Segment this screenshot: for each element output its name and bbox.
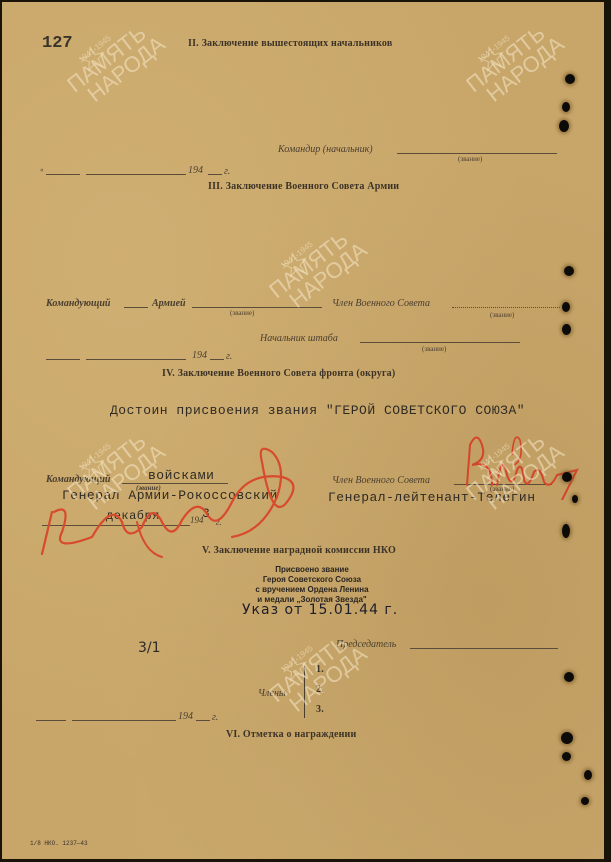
date-suffix-5: г.	[212, 712, 218, 723]
punch-hole	[562, 302, 570, 312]
army-commander-line-a	[124, 307, 148, 308]
star-icon: ☆	[473, 447, 511, 488]
date-year-3: 194	[192, 350, 207, 361]
front-commander-name: Генерал Армии-Рокоссовский	[62, 488, 278, 503]
punch-hole	[564, 266, 574, 276]
section-5-title: V. Заключение наградной комиссии НКО	[202, 545, 396, 556]
punch-hole	[565, 74, 575, 84]
members-label: Члены	[258, 688, 286, 699]
watermark-line2: НАРОДА	[84, 33, 168, 105]
members-brace	[304, 666, 305, 718]
folio-note: 3/1	[138, 640, 161, 656]
stamp-line-3: с вручением Ордена Ленина	[252, 585, 372, 595]
date-year: 194	[188, 165, 203, 176]
punch-hole	[562, 472, 572, 482]
front-council-member-name: Генерал-лейтенант-Телегин	[328, 490, 536, 505]
star-icon: ☆	[74, 39, 112, 80]
front-date-month: декабря	[106, 509, 160, 523]
section-6-title: VI. Отметка о награждении	[226, 729, 356, 740]
member-number-1: 1.	[316, 664, 324, 675]
date-year-line-3	[210, 359, 224, 360]
watermark-years: 1941-1945	[476, 10, 543, 65]
star-icon: ☆	[276, 649, 314, 690]
army-label: Армией	[152, 298, 186, 309]
commander-line	[397, 153, 557, 154]
date-year-line-5	[196, 720, 210, 721]
punch-hole	[562, 324, 571, 335]
section-3-title: III. Заключение Военного Совета Армии	[208, 181, 399, 192]
date-year-5: 194	[178, 711, 193, 722]
army-commander-line-b	[192, 307, 322, 308]
front-commander-label: Командующий	[46, 474, 110, 485]
watermark-years: 1941-1945	[77, 418, 144, 473]
punch-hole	[581, 797, 589, 805]
section-4-title: IV. Заключение Военного Совета фронта (о…	[162, 368, 395, 379]
date-month-line-5	[72, 720, 176, 721]
watermark-years: 1941-1945	[279, 216, 346, 271]
rank-hint-chief: (звание)	[422, 345, 446, 353]
member-number-2: 2.	[316, 684, 324, 695]
page-number: 127	[42, 34, 73, 53]
star-icon: ☆	[276, 245, 314, 286]
rank-hint-right: (звание)	[490, 311, 514, 319]
punch-hole	[562, 752, 571, 761]
stamp-line-1: Присвоено звание	[252, 565, 372, 575]
chairman-label: Председатель	[336, 639, 396, 650]
date-day-line-5	[36, 720, 66, 721]
punch-hole	[562, 524, 570, 538]
punch-hole	[562, 102, 570, 112]
front-date-year-digit: 3	[202, 506, 210, 521]
rank-hint: (звание)	[458, 155, 482, 163]
date-month-line	[86, 174, 186, 175]
army-commander-label: Командующий	[46, 298, 110, 309]
date-quote: «	[40, 166, 44, 174]
punch-hole	[564, 672, 574, 682]
chief-of-staff-line	[360, 342, 520, 343]
punch-hole	[561, 732, 573, 744]
front-commander-title: войсками	[148, 468, 214, 483]
date-year-line	[208, 174, 222, 175]
front-date-suffix: г.	[216, 517, 222, 527]
watermark-line1: ПАМЯТЬ	[463, 18, 555, 96]
council-member-label: Член Военного Совета	[332, 298, 430, 309]
council-member-line	[452, 307, 560, 308]
year-prefix: 194	[188, 165, 203, 176]
watermark: ☆ 1941-1945 ПАМЯТЬ НАРОДА	[457, 450, 577, 570]
chief-of-staff-label: Начальник штаба	[260, 333, 338, 344]
rank-hint-left: (звание)	[230, 309, 254, 317]
award-stamp: Присвоено звание Героя Советского Союза …	[252, 565, 372, 605]
award-sheet-page: 127 II. Заключение вышестоящих начальник…	[2, 2, 604, 859]
print-code: 1/8 НКО. 1237—43	[30, 840, 88, 847]
punch-hole	[584, 770, 592, 780]
watermark-line1: ПАМЯТЬ	[266, 224, 358, 302]
section-2-title: II. Заключение вышестоящих начальников	[188, 38, 392, 49]
watermark-line2: НАРОДА	[286, 643, 370, 715]
watermark-line2: НАРОДА	[483, 33, 567, 105]
decree-handwritten: Указ от 15.01.44 г.	[242, 602, 398, 618]
date-suffix: г.	[224, 166, 230, 177]
punch-hole	[559, 120, 569, 132]
watermark-years: 1941-1945	[476, 418, 543, 473]
star-icon: ☆	[473, 39, 511, 80]
stamp-line-2: Героя Советского Союза	[252, 575, 372, 585]
date-day-line	[46, 174, 80, 175]
front-council-conclusion: Достоин присвоения звания "ГЕРОЙ СОВЕТСК…	[110, 403, 525, 418]
watermark: ☆ 1941-1945 ПАМЯТЬ НАРОДА	[457, 42, 577, 162]
commander-label: Командир (начальник)	[278, 144, 373, 155]
punch-hole	[572, 495, 578, 503]
date-month-line-3	[86, 359, 186, 360]
front-council-member-label: Член Военного Совета	[332, 475, 430, 486]
date-suffix-3: г.	[226, 351, 232, 362]
watermark-line1: ПАМЯТЬ	[64, 18, 156, 96]
front-date-line	[42, 525, 190, 526]
watermark: ☆ 1941-1945 ПАМЯТЬ НАРОДА	[58, 42, 178, 162]
date-day-line-3	[46, 359, 80, 360]
chairman-line	[410, 648, 558, 649]
member-number-3: 3.	[316, 704, 324, 715]
watermark-years: 1941-1945	[77, 10, 144, 65]
